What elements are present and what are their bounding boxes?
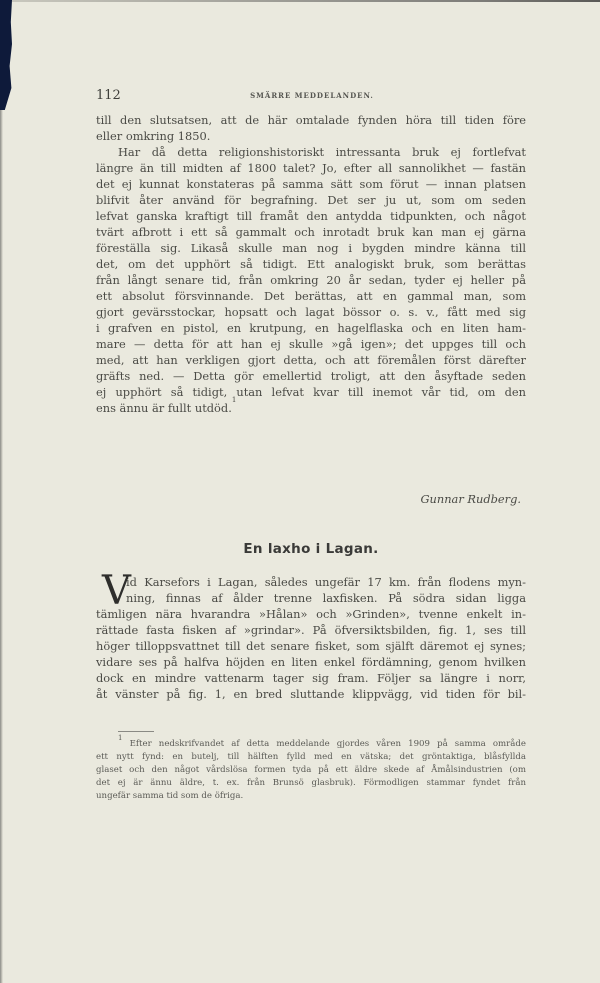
footnote-line: det ej är ännu äldre, t. ex. från Brunsö…	[96, 777, 526, 790]
text-line: Har då detta religionshistoriskt intress…	[96, 144, 526, 160]
footnote-line: ungefär samma tid som de öfriga.	[96, 790, 526, 803]
author-name: Gunnar Rudberg.	[420, 492, 526, 506]
drop-cap: V	[102, 576, 131, 606]
text-line: eller omkring 1850.	[96, 128, 526, 144]
binding-shadow	[0, 110, 3, 983]
footnote-text: Efter nedskrifvandet af detta meddelande…	[130, 739, 526, 749]
text-line: gjort gevärsstockar, hopsatt och lagat b…	[96, 304, 526, 320]
text-line: vidare ses på halfva höjden en liten enk…	[96, 654, 526, 670]
article-2-body: V id Karsefors i Lagan, således ungefär …	[96, 574, 526, 702]
footnote-divider	[118, 731, 154, 732]
text-line: ett absolut försvinnande. Det berättas, …	[96, 288, 526, 304]
scanned-book-page: 112 SMÄRRE MEDDELANDEN. till den slutsat…	[0, 0, 600, 983]
text-line: ning, finnas af ålder trenne laxfisken. …	[96, 590, 526, 606]
text-line: tvärt afbrott i ett så gammalt och inrot…	[96, 224, 526, 240]
text-line: i grafven en pistol, en krutpung, en hag…	[96, 320, 526, 336]
text-line: blifvit åter använd för begrafning. Det …	[96, 192, 526, 208]
text-line: från långt senare tid, från omkring 20 å…	[96, 272, 526, 288]
text-line: det, om det upphört så tidigt. Ett analo…	[96, 256, 526, 272]
running-title: SMÄRRE MEDDELANDEN.	[96, 91, 528, 100]
text-line: med, att han verkligen gjort detta, och …	[96, 352, 526, 368]
text-line: dock en mindre vattenarm tager sig fram.…	[96, 670, 526, 686]
footnotes: 1 Efter nedskrifvandet af detta meddelan…	[96, 738, 526, 803]
text-line: tämligen nära hvarandra »Hålan» och »Gri…	[96, 606, 526, 622]
text-line: rättade fasta fisken af »grindar». På öf…	[96, 622, 526, 638]
text-line: höger tilloppsvattnet till det senare fi…	[96, 638, 526, 654]
text-line: åt vänster på fig. 1, en bred sluttande …	[96, 686, 526, 702]
text-line: lefvat ganska kraftigt till framåt den a…	[96, 208, 526, 224]
text-line: längre än till midten af 1800 talet? Jo,…	[96, 160, 526, 176]
text-line: gräfts ned. — Detta gör emellertid troli…	[96, 368, 526, 384]
page-header: 112 SMÄRRE MEDDELANDEN.	[96, 88, 528, 104]
text-line: mare — detta för att han ej skulle »gå i…	[96, 336, 526, 352]
footnote-reference[interactable]: 1	[232, 396, 236, 404]
text-line: till den slutsatsen, att de här omtalade…	[96, 112, 526, 128]
footnote-line: 1 Efter nedskrifvandet af detta meddelan…	[96, 738, 526, 751]
text-line: föreställa sig. Likaså skulle man nog i …	[96, 240, 526, 256]
footnote-marker: 1	[118, 734, 122, 742]
top-edge-shadow	[12, 0, 600, 2]
author-signature: Gunnar Rudberg.	[96, 492, 526, 506]
footnote-line: glaset och den något vårdslösa formen ty…	[96, 764, 526, 777]
article-1-body: till den slutsatsen, att de här omtalade…	[96, 112, 526, 416]
text-line: ens ännu är fullt utdöd.	[96, 401, 232, 415]
binding-edge	[0, 0, 12, 110]
footnote-line: ett nytt fynd: en butelj, till hälften f…	[96, 751, 526, 764]
text-line-final: ens ännu är fullt utdöd.1	[96, 400, 526, 416]
text-line: id Karsefors i Lagan, således ungefär 17…	[96, 574, 526, 590]
text-line: ej upphört så tidigt, utan lefvat kvar t…	[96, 384, 526, 400]
text-line: det ej kunnat konstateras på samma sätt …	[96, 176, 526, 192]
article-2-title: En laxho i Lagan.	[96, 541, 526, 557]
